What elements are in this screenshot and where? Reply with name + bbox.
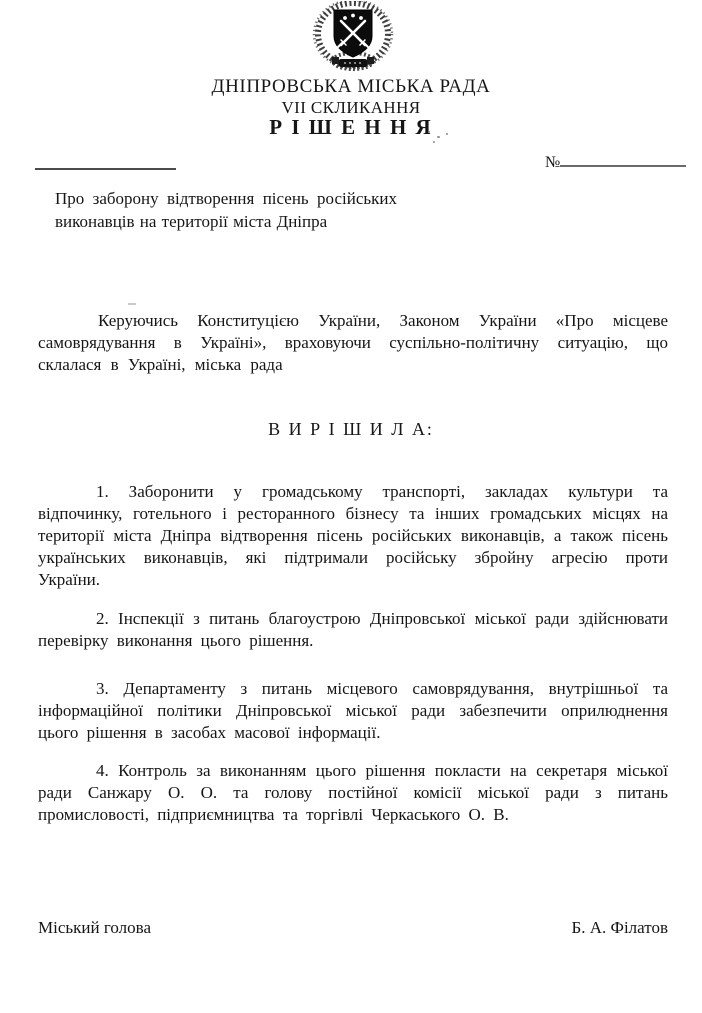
scan-smudge [128, 303, 136, 305]
number-blank-line [560, 151, 686, 167]
signatory-name: Б. А. Філатов [571, 918, 668, 938]
signatory-position: Міський голова [38, 918, 151, 938]
number-label: № [545, 154, 560, 171]
subject-paragraph: Про заборону відтворення пісень російськ… [55, 188, 397, 233]
scanned-decision-document: ДНІПРОВСЬКА МІСЬКА РАДА VII СКЛИКАННЯ Р … [0, 0, 702, 1013]
preamble-paragraph: Керуючись Конституцією України, Законом … [38, 310, 668, 376]
resolved-heading: В И Р І Ш И Л А: [0, 419, 702, 440]
city-coat-of-arms-icon [311, 1, 395, 77]
document-type-title: Р І Ш Е Н Н Я [0, 115, 702, 139]
date-blank-line [35, 154, 176, 170]
resolution-item-2: 2. Інспекції з питань благоустрою Дніпро… [38, 608, 668, 652]
resolution-item-4: 4. Контроль за виконанням цього рішення … [38, 760, 668, 826]
number-group: № [545, 151, 686, 172]
resolution-item-1: 1. Заборонити у громадському транспорті,… [38, 481, 668, 591]
scan-speckle [433, 141, 435, 143]
scan-speckle [437, 136, 440, 138]
org-name: ДНІПРОВСЬКА МІСЬКА РАДА [0, 76, 702, 98]
signature-row: Міський голова Б. А. Філатов [38, 918, 668, 938]
scan-speckle [446, 133, 448, 135]
scan-speckle [428, 131, 430, 133]
resolution-item-3: 3. Департаменту з питань місцевого самов… [38, 678, 668, 744]
